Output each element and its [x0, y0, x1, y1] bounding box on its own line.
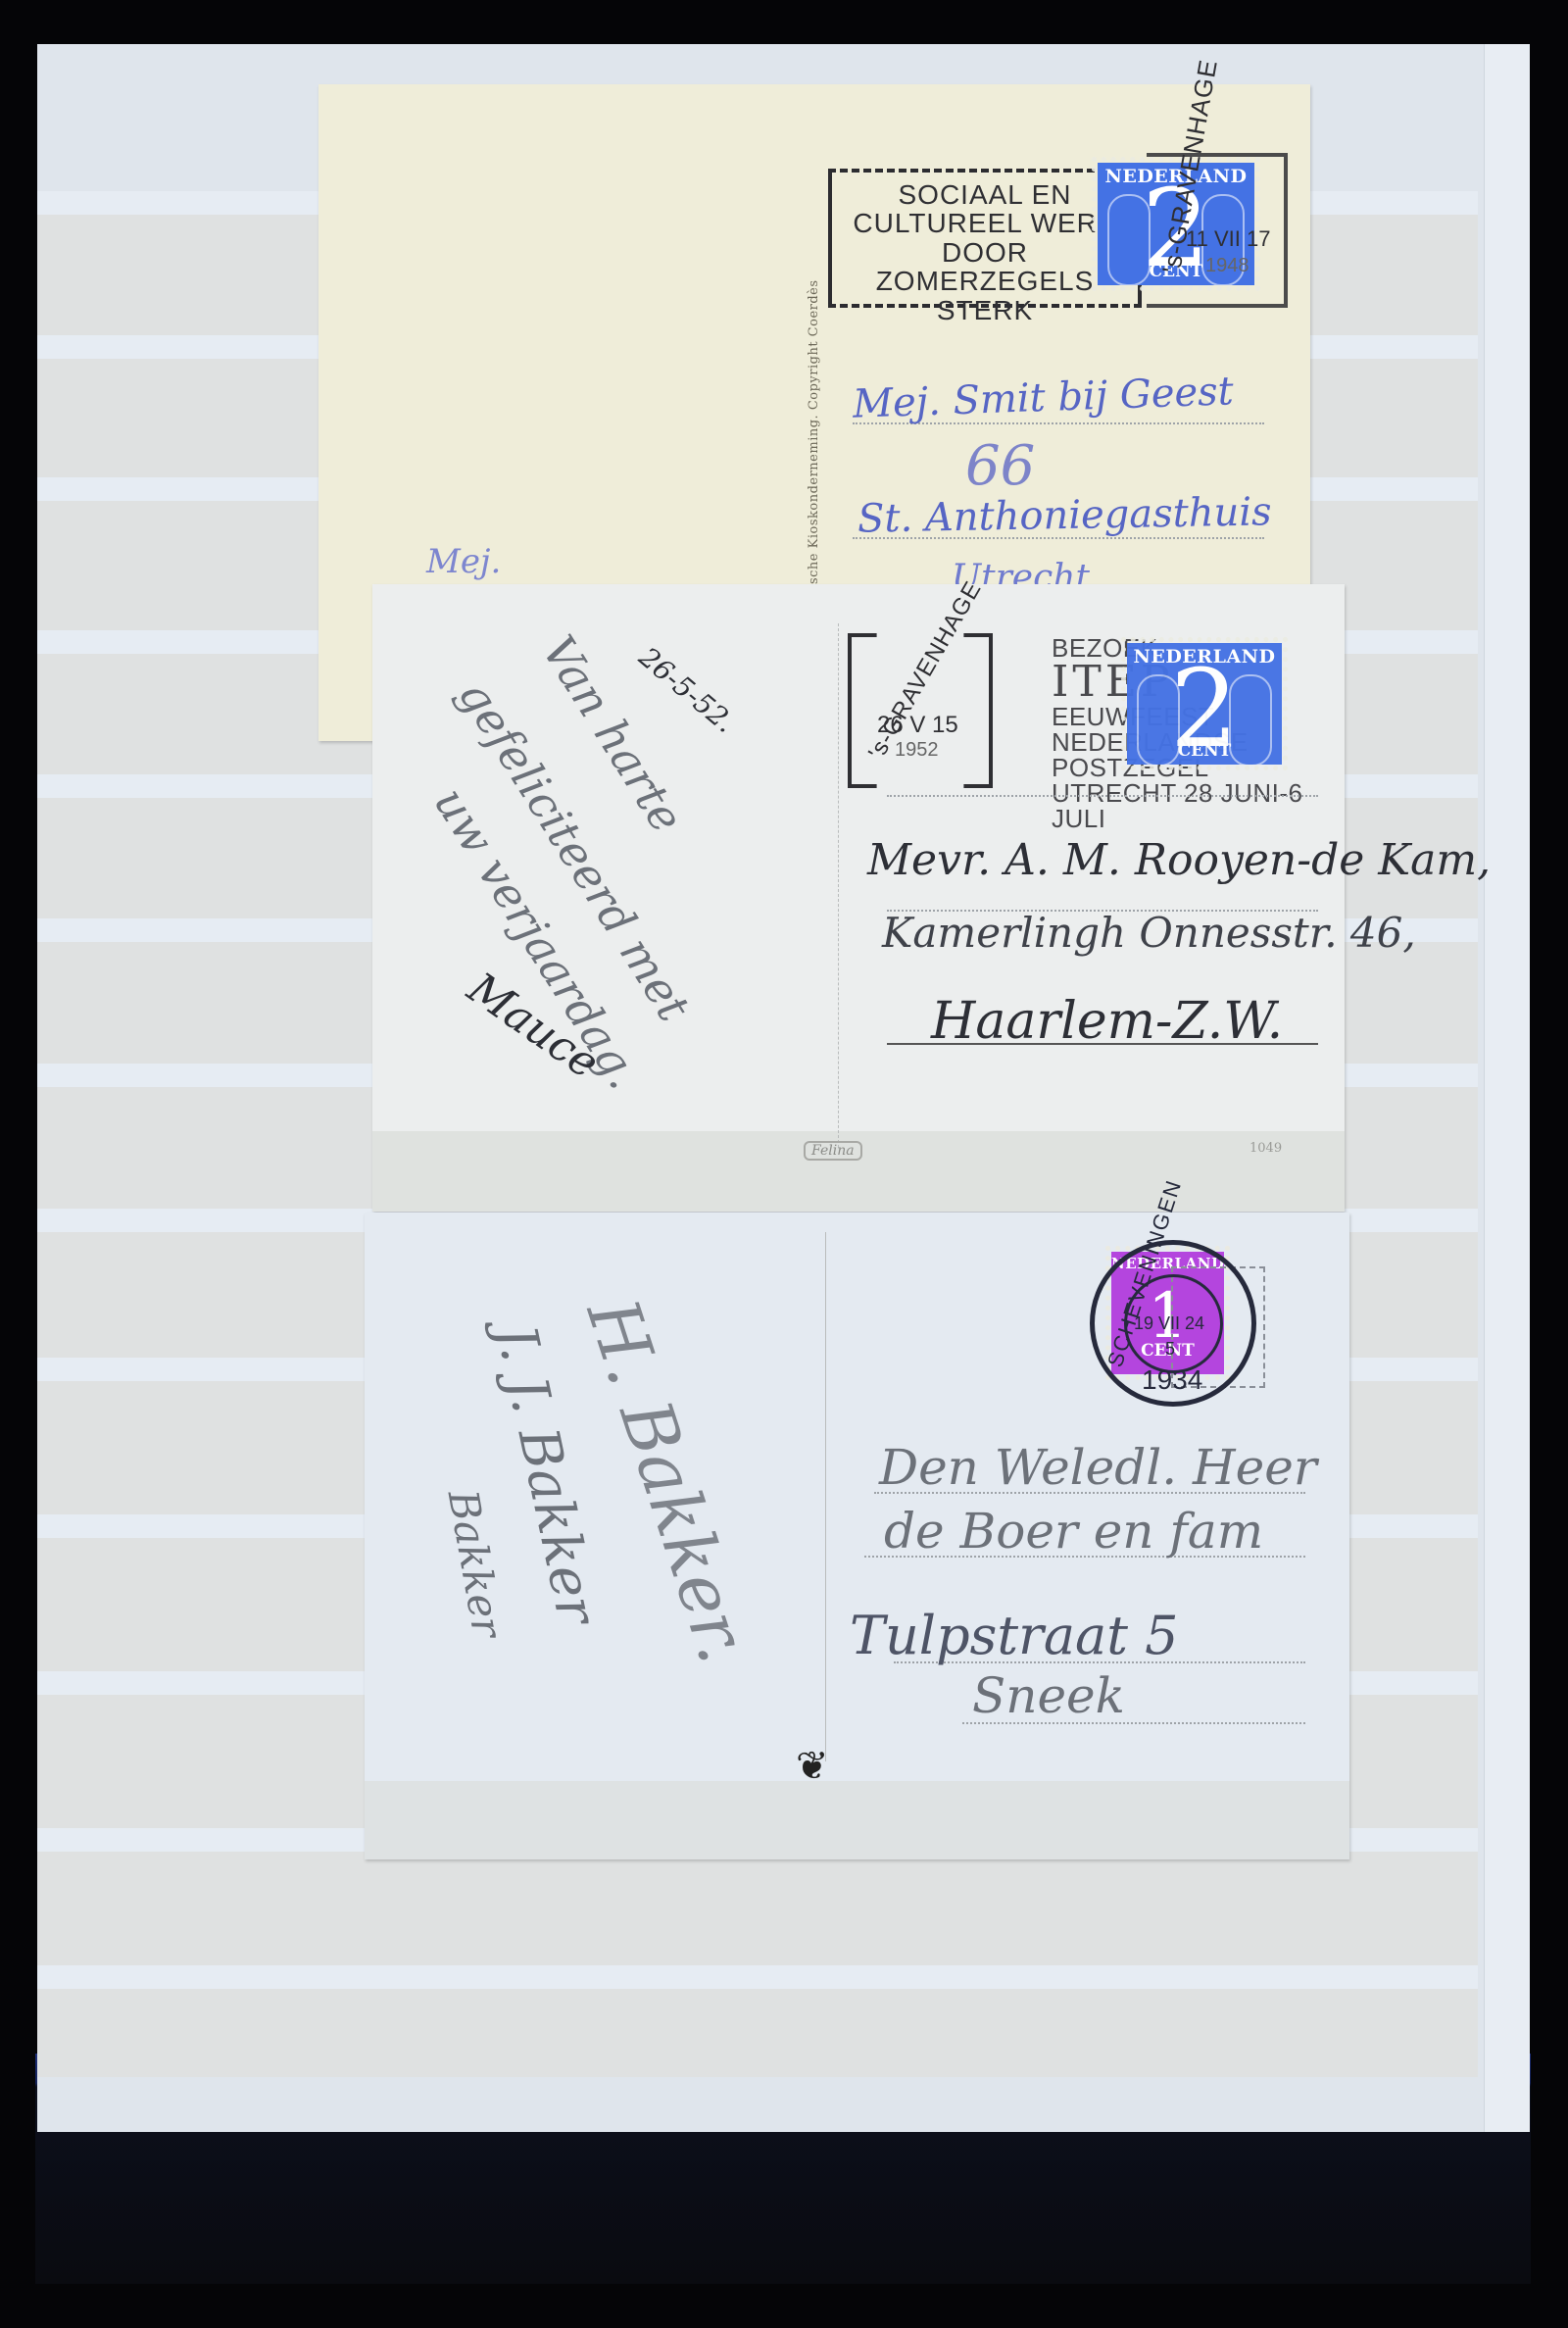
message-signature: Bakker	[442, 1487, 509, 1641]
catalog-number: 1049	[1249, 1141, 1282, 1156]
address-line: Mevr. A. M. Rooyen-de Kam,	[867, 839, 1491, 882]
dater-postmark: 's-GRAVENHAGE 11 VII 17 1948	[1147, 153, 1294, 310]
address-line: Den Weledl. Heer	[879, 1443, 1317, 1492]
postcard-1934[interactable]: H. Bakker. J. J. Bakker Bakker NEDERLAND…	[365, 1213, 1349, 1859]
address-line: Kamerlingh Onnesstr. 46,	[882, 913, 1416, 954]
message-signature: J. J. Bakker	[487, 1320, 604, 1629]
address-line: Tulpstraat 5	[850, 1610, 1178, 1662]
stamp-2-cent-blue: NEDERLAND 2 CENT	[1127, 643, 1282, 765]
page-margin	[1484, 44, 1530, 2132]
slogan-cancel: SOCIAAL EN CULTUREEL WERK DOOR ZOMERZEGE…	[828, 169, 1142, 308]
handwritten-address-line: 66	[965, 439, 1035, 494]
message-date: 26-5-52.	[634, 643, 740, 738]
handwritten-address-line: St. Anthoniegasthuis	[857, 492, 1272, 538]
stock-strip	[37, 1965, 1478, 2077]
handwritten-fragment: Mej.	[426, 545, 501, 578]
publisher-ornament-icon: ❦	[796, 1747, 829, 1786]
publisher-mark: Felina	[804, 1141, 862, 1161]
handwritten-address-line: Mej. Smit bij Geest	[852, 371, 1234, 424]
publisher-imprint: e Haagsche Kioskonderneming. Copyright C…	[807, 279, 821, 633]
address-line: Haarlem-Z.W.	[931, 996, 1283, 1047]
round-postmark: SCHEVENINGEN 19 VII 24 5 1934	[1090, 1240, 1256, 1407]
postcard-1952[interactable]: 26-5-52. Van harte gefeliciteerd met uw …	[372, 584, 1345, 1212]
dater-postmark: 's-GRAVENHAGE 26 V 15 1952	[848, 633, 995, 790]
address-line: Sneek	[972, 1671, 1125, 1720]
address-line: de Boer en fam	[884, 1507, 1263, 1556]
